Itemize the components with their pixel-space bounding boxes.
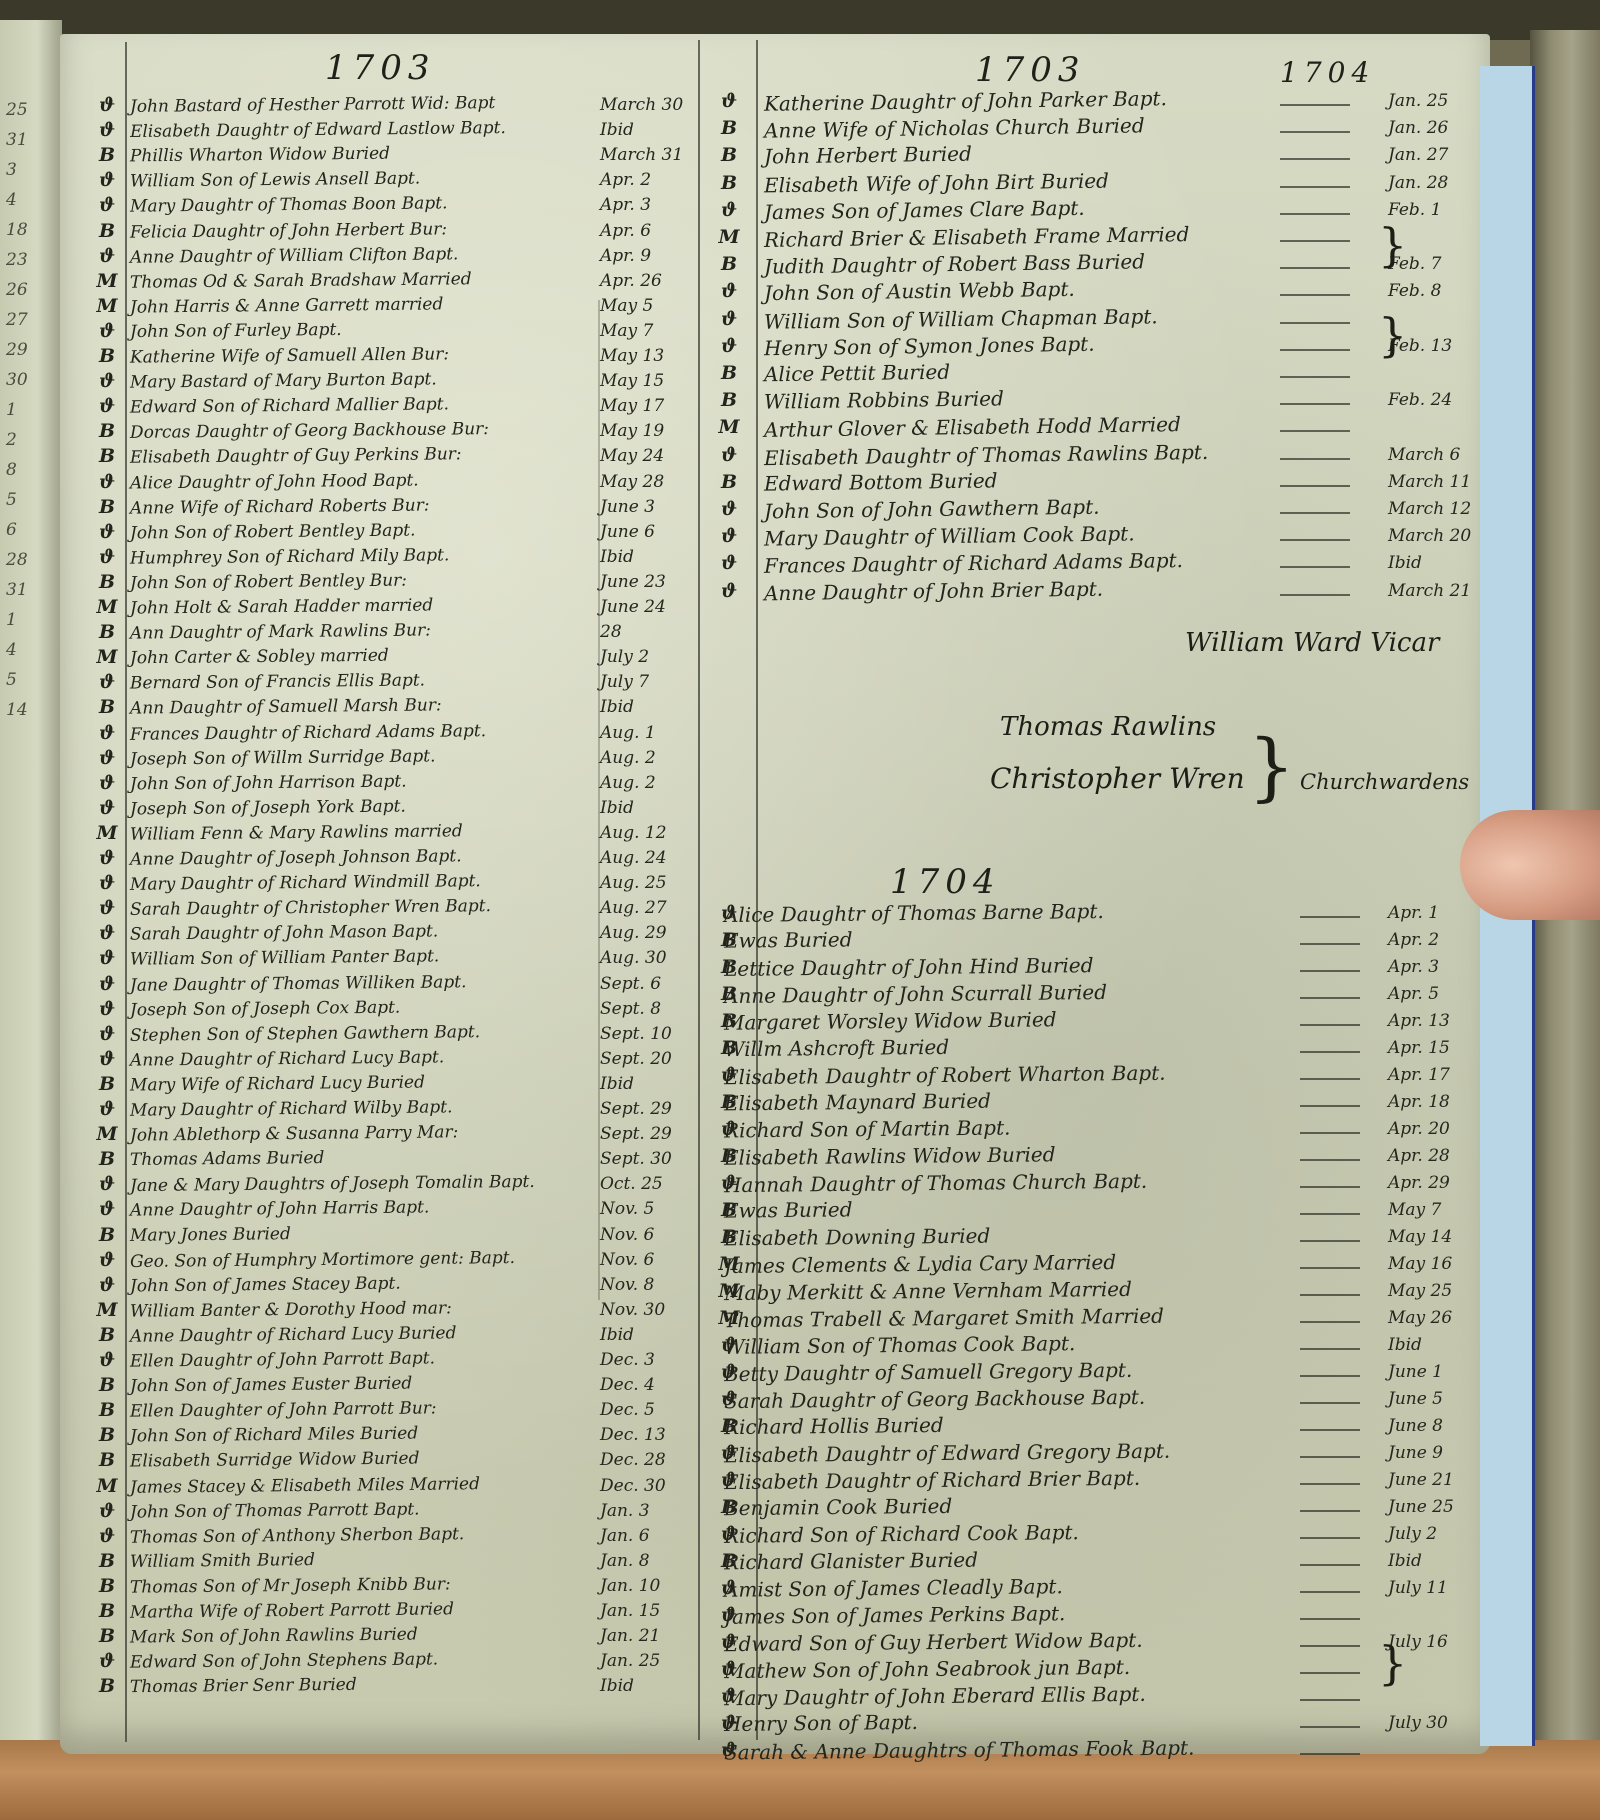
entry-date: Sept. 29 bbox=[600, 1099, 672, 1119]
entry-date: March 21 bbox=[1388, 581, 1471, 601]
entry-date: Nov. 30 bbox=[600, 1300, 665, 1320]
entry-date: Aug. 25 bbox=[600, 873, 667, 893]
register-entry: Elisabeth Surridge Widow Buried bbox=[130, 1446, 420, 1475]
churchwarden-signature-2: Christopher Wren bbox=[990, 762, 1245, 795]
entry-type-mark: B bbox=[96, 1224, 118, 1246]
register-entry: Benjamin Cook Buried bbox=[724, 1493, 952, 1521]
entry-date: Ibid bbox=[600, 697, 634, 717]
thumb-holding-page bbox=[1460, 810, 1600, 920]
entry-type-mark: B bbox=[718, 144, 740, 166]
entry-type-mark: B bbox=[96, 420, 118, 442]
entry-date: Apr. 1 bbox=[1388, 903, 1439, 923]
previous-page-number: 5 bbox=[6, 490, 17, 510]
register-entry: Anne Daughtr of John Brier Bapt. bbox=[764, 575, 1103, 606]
ruled-dash bbox=[1300, 1294, 1360, 1296]
register-entry: John Son of Furley Bapt. bbox=[130, 317, 342, 345]
entry-date: Apr. 5 bbox=[1388, 984, 1439, 1004]
ruled-dash bbox=[1300, 1186, 1360, 1188]
entry-date: July 7 bbox=[600, 672, 649, 692]
entry-type-mark: ϑ bbox=[96, 797, 118, 819]
ruled-dash bbox=[1300, 1483, 1360, 1485]
ruled-dash bbox=[1280, 485, 1350, 487]
previous-page-number: 3 bbox=[6, 160, 17, 180]
register-entry: Ann Daughtr of Samuell Marsh Bur: bbox=[130, 693, 442, 722]
register-entry: James Son of James Clare Bapt. bbox=[764, 195, 1085, 225]
entry-date: Apr. 2 bbox=[1388, 930, 1439, 950]
entry-type-mark: B bbox=[96, 696, 118, 718]
entry-type-mark: B bbox=[718, 471, 740, 493]
entry-type-mark: B bbox=[96, 621, 118, 643]
ruled-dash bbox=[1300, 1672, 1360, 1674]
entry-date: Apr. 9 bbox=[600, 246, 651, 266]
entry-date: June 21 bbox=[1388, 1470, 1454, 1490]
entry-date: Sept. 8 bbox=[600, 999, 661, 1019]
ruled-dash bbox=[1280, 566, 1350, 568]
previous-page-number: 4 bbox=[6, 640, 17, 660]
entry-date: May 17 bbox=[600, 396, 664, 416]
date-brace-july16: } bbox=[1378, 1640, 1407, 1686]
entry-type-mark: ϑ bbox=[96, 1650, 118, 1672]
register-entry: Anne Daughtr of John Harris Bapt. bbox=[130, 1195, 430, 1224]
entry-date: Ibid bbox=[1388, 1335, 1422, 1355]
ruled-dash bbox=[1300, 1240, 1360, 1242]
entry-type-mark: B bbox=[96, 1399, 118, 1421]
ruled-dash bbox=[1300, 970, 1360, 972]
entry-date: March 31 bbox=[600, 145, 683, 165]
entry-date: Sept. 30 bbox=[600, 1149, 672, 1169]
register-entry: Mary Daughtr of Thomas Boon Bapt. bbox=[130, 191, 448, 220]
left-year-heading: 1703 bbox=[325, 48, 436, 88]
register-entry: Willm Ashcroft Buried bbox=[724, 1034, 949, 1062]
ruled-dash bbox=[1280, 294, 1350, 296]
entry-date: Nov. 5 bbox=[600, 1199, 654, 1219]
entry-date: May 14 bbox=[1388, 1227, 1452, 1247]
entry-type-mark: B bbox=[718, 253, 740, 275]
right-corner-year: 1704 bbox=[1280, 56, 1375, 89]
register-entry: Mathew Son of John Seabrook jun Bapt. bbox=[724, 1654, 1130, 1684]
ruled-dash bbox=[1300, 1726, 1360, 1728]
entry-type-mark: B bbox=[96, 345, 118, 367]
ruled-dash bbox=[1300, 1699, 1360, 1701]
entry-type-mark: ϑ bbox=[96, 671, 118, 693]
entry-date: Dec. 30 bbox=[600, 1476, 666, 1496]
ruled-dash bbox=[1280, 322, 1350, 324]
register-entry: Thomas Brier Senr Buried bbox=[130, 1672, 357, 1700]
entry-date: March 30 bbox=[600, 95, 683, 115]
entry-date: Dec. 13 bbox=[600, 1425, 666, 1445]
entry-type-mark: B bbox=[96, 1449, 118, 1471]
entry-date: June 1 bbox=[1388, 1362, 1443, 1382]
entry-date: May 5 bbox=[600, 296, 653, 316]
previous-page-number: 26 bbox=[6, 280, 28, 300]
entry-date: Oct. 25 bbox=[600, 1174, 663, 1194]
entry-type-mark: ϑ bbox=[96, 119, 118, 141]
entry-date: Jan. 3 bbox=[600, 1501, 650, 1521]
entry-type-mark: ϑ bbox=[96, 471, 118, 493]
entry-date: Apr. 28 bbox=[1388, 1146, 1450, 1166]
previous-page-number: 5 bbox=[6, 670, 17, 690]
entry-type-mark: ϑ bbox=[96, 1249, 118, 1271]
ruled-dash bbox=[1300, 1618, 1360, 1620]
entry-type-mark: M bbox=[96, 596, 118, 618]
entry-date: Apr. 17 bbox=[1388, 1065, 1450, 1085]
entry-type-mark: ϑ bbox=[96, 998, 118, 1020]
entry-type-mark: ϑ bbox=[96, 546, 118, 568]
register-entry: John Herbert Buried bbox=[764, 141, 972, 170]
entry-date: Jan. 25 bbox=[1388, 91, 1448, 111]
entry-date: May 19 bbox=[600, 421, 664, 441]
previous-page-number: 1 bbox=[6, 610, 17, 630]
entry-date: June 5 bbox=[1388, 1389, 1443, 1409]
entry-date: Apr. 2 bbox=[600, 170, 651, 190]
register-entry: John Son of Robert Bentley Bapt. bbox=[130, 517, 416, 546]
entry-date: Jan. 28 bbox=[1388, 173, 1448, 193]
ruled-dash bbox=[1280, 240, 1350, 242]
entry-type-mark: B bbox=[718, 117, 740, 139]
entry-type-mark: B bbox=[96, 1600, 118, 1622]
entry-type-mark: B bbox=[96, 1424, 118, 1446]
ruled-dash bbox=[1300, 916, 1360, 918]
register-entry: James Clements & Lydia Cary Married bbox=[724, 1249, 1116, 1279]
entry-date: Dec. 4 bbox=[600, 1375, 655, 1395]
ruled-dash bbox=[1300, 1105, 1360, 1107]
second-year-heading: 1704 bbox=[890, 862, 1001, 902]
register-entry: Edward Son of John Stephens Bapt. bbox=[130, 1647, 438, 1676]
entry-type-mark: ϑ bbox=[718, 498, 740, 520]
entry-type-mark: ϑ bbox=[96, 1349, 118, 1371]
register-entry: Edward Son of Guy Herbert Widow Bapt. bbox=[724, 1627, 1143, 1657]
entry-date: Ibid bbox=[600, 1325, 634, 1345]
entry-type-mark: B bbox=[718, 389, 740, 411]
entry-type-mark: M bbox=[96, 646, 118, 668]
previous-page-number: 27 bbox=[6, 310, 28, 330]
entry-type-mark: ϑ bbox=[96, 772, 118, 794]
entry-type-mark: ϑ bbox=[96, 847, 118, 869]
register-entry: Richard Son of Martin Bapt. bbox=[724, 1115, 1011, 1144]
register-entry: John Son of Thomas Parrott Bapt. bbox=[130, 1496, 420, 1525]
register-entry: Richard Glanister Buried bbox=[724, 1547, 978, 1576]
entry-type-mark: ϑ bbox=[96, 245, 118, 267]
entry-type-mark: B bbox=[96, 1575, 118, 1597]
entry-date: Dec. 5 bbox=[600, 1400, 655, 1420]
entry-date: Nov. 6 bbox=[600, 1225, 654, 1245]
entry-date: Dec. 3 bbox=[600, 1350, 655, 1370]
previous-page-number: 28 bbox=[6, 550, 28, 570]
previous-page-number: 30 bbox=[6, 370, 28, 390]
register-entry: Mary Jones Buried bbox=[130, 1221, 291, 1249]
entry-type-mark: B bbox=[96, 1073, 118, 1095]
register-entry: Richard Hollis Buried bbox=[724, 1412, 944, 1440]
previous-page-number: 23 bbox=[6, 250, 28, 270]
previous-page-number: 14 bbox=[6, 700, 28, 720]
entry-type-mark: B bbox=[96, 1374, 118, 1396]
entry-date: Sept. 29 bbox=[600, 1124, 672, 1144]
entry-date: Apr. 20 bbox=[1388, 1119, 1450, 1139]
entry-type-mark: ϑ bbox=[96, 521, 118, 543]
register-entry: Alice Daughtr of Thomas Barne Bapt. bbox=[724, 898, 1104, 928]
register-entry: Joseph Son of Joseph York Bapt. bbox=[130, 793, 406, 822]
register-entry: Elisabeth Wife of John Birt Buried bbox=[764, 167, 1109, 198]
entry-type-mark: B bbox=[96, 571, 118, 593]
register-entry: Elisabeth Daughtr of Edward Gregory Bapt… bbox=[724, 1438, 1170, 1469]
register-entry: Henry Son of Bapt. bbox=[724, 1709, 918, 1737]
ruled-dash bbox=[1300, 1564, 1360, 1566]
entry-type-mark: ϑ bbox=[96, 947, 118, 969]
left-margin-rule bbox=[125, 42, 127, 1742]
entry-type-mark: M bbox=[96, 270, 118, 292]
previous-page-number: 2 bbox=[6, 430, 17, 450]
register-entry: Hannah Daughtr of Thomas Church Bapt. bbox=[724, 1168, 1147, 1198]
entry-type-mark: B bbox=[96, 1550, 118, 1572]
entry-date: Ibid bbox=[1388, 553, 1422, 573]
entry-date: 28 bbox=[600, 622, 622, 642]
entry-date: Jan. 25 bbox=[600, 1651, 660, 1671]
entry-type-mark: ϑ bbox=[96, 370, 118, 392]
entry-date: May 7 bbox=[1388, 1200, 1441, 1220]
entry-type-mark: M bbox=[96, 295, 118, 317]
register-entry: William Son of William Chapman Bapt. bbox=[764, 303, 1158, 334]
entry-date: Jan. 10 bbox=[600, 1576, 660, 1596]
entry-date: Aug. 27 bbox=[600, 898, 667, 918]
entry-date: July 11 bbox=[1388, 1578, 1448, 1598]
ruled-dash bbox=[1300, 1753, 1360, 1755]
entry-type-mark: B bbox=[718, 362, 740, 384]
entry-type-mark: ϑ bbox=[96, 395, 118, 417]
entry-date: Apr. 18 bbox=[1388, 1092, 1450, 1112]
entry-date: May 24 bbox=[600, 446, 664, 466]
entry-type-mark: ϑ bbox=[718, 90, 740, 112]
entry-type-mark: B bbox=[96, 1148, 118, 1170]
entry-date: July 2 bbox=[1388, 1524, 1437, 1544]
gutter-rule-1 bbox=[698, 40, 700, 1740]
entry-date: Ibid bbox=[600, 1676, 634, 1696]
register-entry: Elisabeth Rawlins Widow Buried bbox=[724, 1141, 1056, 1170]
entry-date: Apr. 6 bbox=[600, 221, 651, 241]
entry-date: Apr. 26 bbox=[600, 271, 662, 291]
entry-type-mark: ϑ bbox=[96, 1500, 118, 1522]
entry-type-mark: B bbox=[96, 1324, 118, 1346]
entry-date: Feb. 8 bbox=[1388, 281, 1441, 301]
entry-date: Ibid bbox=[600, 798, 634, 818]
date-brace-feb7: } bbox=[1378, 222, 1407, 268]
register-entry: Alice Daughtr of John Hood Bapt. bbox=[130, 467, 419, 496]
register-entry: Thomas Adams Buried bbox=[130, 1145, 325, 1173]
ruled-dash bbox=[1300, 1591, 1360, 1593]
ruled-dash bbox=[1300, 943, 1360, 945]
ruled-dash bbox=[1300, 1429, 1360, 1431]
entry-date: Nov. 6 bbox=[600, 1250, 654, 1270]
register-entry: Edward Bottom Buried bbox=[764, 467, 998, 496]
entry-type-mark: M bbox=[96, 1299, 118, 1321]
entry-type-mark: ϑ bbox=[718, 444, 740, 466]
entry-date: Jan. 15 bbox=[600, 1601, 660, 1621]
entry-date: May 16 bbox=[1388, 1254, 1452, 1274]
entry-date: June 25 bbox=[1388, 1497, 1454, 1517]
register-entry: Sarah Daughtr of Georg Backhouse Bapt. bbox=[724, 1384, 1145, 1414]
ruled-dash bbox=[1280, 349, 1350, 351]
register-entry: Anne Wife of Richard Roberts Bur: bbox=[130, 492, 430, 521]
register-entry: William Son of Thomas Cook Bapt. bbox=[724, 1330, 1076, 1360]
entry-date: Apr. 3 bbox=[1388, 957, 1439, 977]
entry-date: Ibid bbox=[600, 547, 634, 567]
previous-page-number: 18 bbox=[6, 220, 28, 240]
entry-date: Aug. 24 bbox=[600, 848, 667, 868]
register-entry: Margaret Worsley Widow Buried bbox=[724, 1006, 1057, 1035]
previous-page-number: 8 bbox=[6, 460, 17, 480]
entry-date: Feb. 24 bbox=[1388, 390, 1452, 410]
entry-type-mark: ϑ bbox=[96, 1173, 118, 1195]
ruled-dash bbox=[1300, 1645, 1360, 1647]
ruled-dash bbox=[1280, 512, 1350, 514]
entry-type-mark: M bbox=[96, 1123, 118, 1145]
entry-type-mark: B bbox=[96, 496, 118, 518]
previous-page-number: 25 bbox=[6, 100, 28, 120]
entry-type-mark: ϑ bbox=[96, 897, 118, 919]
entry-date: Ibid bbox=[1388, 1551, 1422, 1571]
entry-type-mark: ϑ bbox=[96, 1098, 118, 1120]
entry-date: Aug. 29 bbox=[600, 923, 667, 943]
entry-type-mark: ϑ bbox=[96, 922, 118, 944]
entry-date: Dec. 28 bbox=[600, 1450, 666, 1470]
ruled-dash bbox=[1300, 1213, 1360, 1215]
entry-type-mark: ϑ bbox=[718, 199, 740, 221]
entry-type-mark: ϑ bbox=[96, 722, 118, 744]
entry-date: May 13 bbox=[600, 346, 664, 366]
entry-date: May 15 bbox=[600, 371, 664, 391]
entry-date: March 11 bbox=[1388, 472, 1471, 492]
register-entry: Mary Daughtr of William Cook Bapt. bbox=[764, 521, 1135, 552]
entry-type-mark: ϑ bbox=[96, 1198, 118, 1220]
ruled-dash bbox=[1280, 104, 1350, 106]
ruled-dash bbox=[1300, 1510, 1360, 1512]
entry-date: July 2 bbox=[600, 647, 649, 667]
entry-type-mark: ϑ bbox=[96, 320, 118, 342]
register-entry: John Harris & Anne Garrett married bbox=[130, 291, 444, 320]
register-entry: John Son of John Gawthern Bapt. bbox=[764, 494, 1100, 525]
entry-type-mark: ϑ bbox=[96, 169, 118, 191]
register-entry: Thomas Son of Anthony Sherbon Bapt. bbox=[130, 1521, 465, 1550]
entry-type-mark: ϑ bbox=[96, 1274, 118, 1296]
register-entry: Betty Daughtr of Samuell Gregory Bapt. bbox=[724, 1357, 1133, 1387]
entry-type-mark: ϑ bbox=[96, 973, 118, 995]
entry-date: Nov. 8 bbox=[600, 1275, 654, 1295]
entry-date: May 25 bbox=[1388, 1281, 1452, 1301]
entry-date: Apr. 29 bbox=[1388, 1173, 1450, 1193]
entry-date: June 23 bbox=[600, 572, 666, 592]
churchwarden-signature-1: Thomas Rawlins bbox=[1000, 712, 1216, 742]
entry-date: Aug. 2 bbox=[600, 748, 656, 768]
ruled-dash bbox=[1300, 1537, 1360, 1539]
register-entry: Sarah & Anne Daughtrs of Thomas Fook Bap… bbox=[724, 1735, 1195, 1766]
entry-date: Feb. 1 bbox=[1388, 200, 1441, 220]
entry-date: Jan. 8 bbox=[600, 1551, 650, 1571]
entry-type-mark: B bbox=[96, 220, 118, 242]
entry-type-mark: ϑ bbox=[96, 747, 118, 769]
entry-type-mark: ϑ bbox=[96, 1048, 118, 1070]
entry-date: May 7 bbox=[600, 321, 653, 341]
register-entry: John Son of James Stacey Bapt. bbox=[130, 1270, 401, 1299]
ruled-dash bbox=[1280, 458, 1350, 460]
entry-date: March 12 bbox=[1388, 499, 1471, 519]
entry-date: Aug. 30 bbox=[600, 948, 667, 968]
ruled-dash bbox=[1300, 1375, 1360, 1377]
register-entry: Felicia Daughtr of John Herbert Bur: bbox=[130, 216, 447, 245]
churchwardens-brace: } bbox=[1248, 730, 1295, 804]
entry-date: Ibid bbox=[600, 120, 634, 140]
entry-date: Apr. 3 bbox=[600, 195, 651, 215]
register-entry: John Son of Robert Bentley Bur: bbox=[130, 567, 407, 596]
register-entry: Alice Pettit Buried bbox=[764, 359, 950, 388]
register-entry: Richard Son of Richard Cook Bapt. bbox=[724, 1519, 1079, 1549]
entry-date: July 30 bbox=[1388, 1713, 1448, 1733]
right-year-heading: 1703 bbox=[975, 50, 1086, 90]
entry-date: June 8 bbox=[1388, 1416, 1443, 1436]
ruled-dash bbox=[1300, 1051, 1360, 1053]
register-entry: William Robbins Buried bbox=[764, 386, 1004, 415]
register-entry: Lettice Daughtr of John Hind Buried bbox=[724, 952, 1094, 982]
register-entry: William Smith Buried bbox=[130, 1547, 315, 1575]
register-entry: Thomas Trabell & Margaret Smith Married bbox=[724, 1303, 1164, 1334]
ruled-dash bbox=[1300, 1456, 1360, 1458]
register-entry: Henry Son of Symon Jones Bapt. bbox=[764, 330, 1095, 361]
entry-type-mark: M bbox=[718, 226, 740, 248]
entry-date: March 20 bbox=[1388, 526, 1471, 546]
previous-page-number: 31 bbox=[6, 580, 28, 600]
entry-type-mark: B bbox=[718, 172, 740, 194]
previous-page-number: 6 bbox=[6, 520, 17, 540]
date-brace-feb13: } bbox=[1378, 312, 1407, 358]
register-entry: William Son of William Panter Bapt. bbox=[130, 944, 440, 973]
ruled-dash bbox=[1280, 158, 1350, 160]
entry-type-mark: B bbox=[96, 1625, 118, 1647]
entry-type-mark: B bbox=[96, 144, 118, 166]
entry-date: Jan. 27 bbox=[1388, 145, 1448, 165]
entry-type-mark: ϑ bbox=[718, 552, 740, 574]
ruled-dash bbox=[1300, 1321, 1360, 1323]
entry-type-mark: ϑ bbox=[718, 525, 740, 547]
entry-date: Apr. 13 bbox=[1388, 1011, 1450, 1031]
previous-page-number: 4 bbox=[6, 190, 17, 210]
entry-date: Aug. 1 bbox=[600, 723, 656, 743]
entry-date: Sept. 10 bbox=[600, 1024, 672, 1044]
register-entry: Maby Merkitt & Anne Vernham Married bbox=[724, 1276, 1132, 1306]
ruled-dash bbox=[1300, 1159, 1360, 1161]
ruled-dash bbox=[1280, 403, 1350, 405]
entry-date: June 3 bbox=[600, 497, 655, 517]
entry-type-mark: ϑ bbox=[96, 194, 118, 216]
entry-date: Ibid bbox=[600, 1074, 634, 1094]
register-entry: John Son of John Harrison Bapt. bbox=[130, 768, 407, 797]
entry-date: June 24 bbox=[600, 597, 666, 617]
register-entry: Joseph Son of Joseph Cox Bapt. bbox=[130, 994, 401, 1023]
entry-type-mark: ϑ bbox=[718, 280, 740, 302]
ruled-dash bbox=[1280, 267, 1350, 269]
previous-page-number: 1 bbox=[6, 400, 17, 420]
entry-date: Apr. 15 bbox=[1388, 1038, 1450, 1058]
entry-type-mark: ϑ bbox=[96, 1023, 118, 1045]
ruled-dash bbox=[1280, 594, 1350, 596]
register-entry: John Son of Austin Webb Bapt. bbox=[764, 276, 1075, 306]
churchwardens-label: Churchwardens bbox=[1300, 770, 1469, 794]
entry-type-mark: M bbox=[96, 822, 118, 844]
register-entry: Elisabeth Daughtr of Robert Wharton Bapt… bbox=[724, 1060, 1166, 1091]
register-entry: James Stacey & Elisabeth Miles Married bbox=[130, 1471, 480, 1501]
entry-date: May 28 bbox=[600, 472, 664, 492]
register-entry: Geo. Son of Humphry Mortimore gent: Bapt… bbox=[130, 1245, 515, 1275]
entry-date: Jan. 6 bbox=[600, 1526, 650, 1546]
previous-page-number: 31 bbox=[6, 130, 28, 150]
entry-type-mark: ϑ bbox=[96, 94, 118, 116]
